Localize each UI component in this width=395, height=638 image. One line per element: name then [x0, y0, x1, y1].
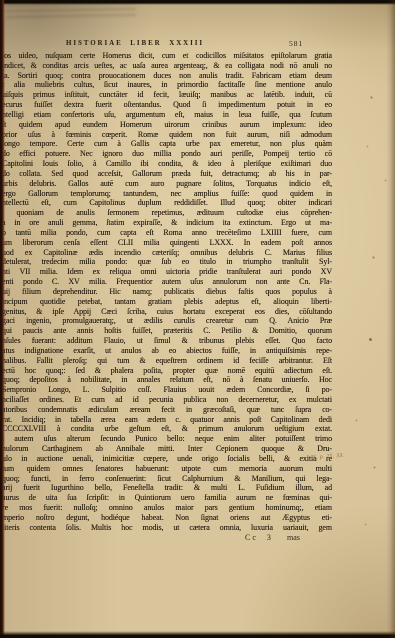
running-title: HISTORIAE LIBER XXXIII — [66, 39, 204, 47]
text-line-3: ta. Sortiri quoq; contra prouocationem d… — [2, 71, 332, 81]
text-line-36: nciliaſſet ordines. Et cum ad id pecunia… — [2, 395, 332, 405]
text-line-19: o tantū milia pondo, cum capta eſt Roma … — [2, 228, 332, 238]
text-line-18: a in ore anuli gemma, ſtatim expiraſſe, … — [2, 218, 332, 228]
text-line-33: ectū hoc quoq;: ſed & phalera poſita, pr… — [2, 366, 332, 376]
text-line-10: longo tempore. Certe cum à Gallis capta … — [2, 139, 332, 149]
text-line-49: literis contenta ſolis. Multis hoc modis… — [2, 523, 332, 533]
text-line-8: ſt quidem apud eundem Homerum uirorum cr… — [2, 120, 332, 130]
text-line-15: ergo Gallorum templorumq; tantundem, nec… — [2, 189, 332, 199]
text-line-6: ecurus fuiſſet dextra fuerit oſtentandus… — [2, 100, 332, 110]
text-line-22: detulerat, tredecim milia pondo: quæ ſub… — [2, 257, 332, 267]
text-line-40: i autem uſus alterum ſecundo Punico bell… — [2, 434, 332, 444]
text-line-28: gaci ingenio, promulgaueratq;, ut ædilis… — [2, 316, 332, 326]
text-line-16: ntellectū eſt, cum Capitolinus duplum re… — [2, 198, 332, 208]
text-line-5: uiſquis primus inſtituit, cunctāter id f… — [2, 90, 332, 100]
text-line-34: quoq; depoſitos à nobilitate, in annales… — [2, 375, 332, 385]
text-line-23: nti VII milia. Idem ex reliqua omni uict… — [2, 267, 332, 277]
text-line-48: mperio noſtro degunt, hodiéque habeat. N… — [2, 513, 332, 523]
body-text: los uideo, nuſquam certe Homerus dicit, … — [2, 51, 332, 533]
text-line-12: Capitolini Iouis ſolio, à Camillo ibi co… — [2, 159, 332, 169]
text-line-38: rat. Incidiq; in tabella ærea eam ædem c… — [2, 415, 332, 425]
text-line-46: aurus de uita ſua ſcripſit: in Quintioru… — [2, 493, 332, 503]
text-line-7: ntelligi etiam confertoris uſu, argument… — [2, 110, 332, 120]
catchword: mas — [287, 533, 300, 543]
signature-mark: Cc 3 — [245, 533, 273, 543]
book-page-scan: HISTORIAE LIBER XXXIII 581 los uideo, nu… — [0, 0, 395, 638]
signature-row: Cc 3 mas — [0, 533, 395, 543]
page-header: HISTORIAE LIBER XXXIII 581 — [2, 39, 333, 49]
text-line-44: quoq; functi, in ferro conſenuerint: ſic… — [2, 474, 332, 484]
text-line-42: ulo in auctione uenali, inimicitiæ cœper… — [2, 454, 332, 464]
text-line-27: genitus, & ipſe Appij Cæci ſcriba, cuius… — [2, 307, 332, 317]
page-paper: HISTORIAE LIBER XXXIII 581 los uideo, nu… — [0, 0, 395, 638]
text-line-37: atoribus condemnatis ædiculam æream feci… — [2, 405, 332, 415]
text-line-13: do collata. Sed quod acceſsit, Gallorum … — [2, 169, 332, 179]
text-line-41: nulorum Carthaginem ab Annibale mitti. I… — [2, 444, 332, 454]
text-line-29: qui paucis ante annis hoſtis fuiſſet, pr… — [2, 326, 332, 336]
text-line-9: prior uſus à fœminis cœperit. Romæ quide… — [2, 130, 332, 140]
text-line-17: , quoniam de anulis ſermonem repetimus, … — [2, 208, 332, 218]
scan-edge-left — [0, 0, 5, 638]
text-line-4: t alia muliebris cultus, ſicut inaures, … — [2, 80, 332, 90]
text-line-47: re mos fuerit: nulloſq; omnino anulos ma… — [2, 503, 332, 513]
text-line-20: um liberorum cenſa eſſent CLII milia qui… — [2, 238, 332, 248]
text-line-25: uij filium deprehenditur. Hic namq; publ… — [2, 287, 332, 297]
text-line-35: Sempronio Longo, L. Sulpitio coſſ. Flaui… — [2, 385, 332, 395]
scan-edge-bottom — [0, 631, 395, 638]
text-line-21: uod ex Capitolinæ ædis incendio cæteriſq… — [2, 248, 332, 258]
page-number: 581 — [289, 39, 303, 48]
text-line-45: arij fuerit Iugurthino bello, Feneſtella… — [2, 483, 332, 493]
text-line-39: CCCCXLVIII à condita urbe geſtum eſt, & … — [2, 424, 332, 434]
text-line-26: incipum quotidie petebat, tantam gratiam… — [2, 297, 332, 307]
text-line-32: nalibus. Fallit pleroſq; qui tum & equeſ… — [2, 356, 332, 366]
text-line-14: urbis delubris. Gallos autē cum auro pug… — [2, 179, 332, 189]
text-line-30: nſules fuerant: additum Flauio, ut ſimul… — [2, 336, 332, 346]
text-line-2: indicet, & conditas arcis ueſtes, ac uaſ… — [2, 61, 332, 71]
text-line-43: tum quidem omnes ſenatores habuerunt: ut… — [2, 464, 332, 474]
text-line-31: atus indignatione exarſit, ut anulos ab … — [2, 346, 332, 356]
scan-edge-right — [386, 0, 395, 638]
scan-edge-top — [0, 0, 395, 5]
text-line-1: los uideo, nuſquam certe Homerus dicit, … — [2, 51, 332, 61]
text-line-11: do effici potuere. Nec ignoro duo millia… — [2, 149, 332, 159]
text-line-24: enti pondo C. XV milia. Frequentior aute… — [2, 277, 332, 287]
